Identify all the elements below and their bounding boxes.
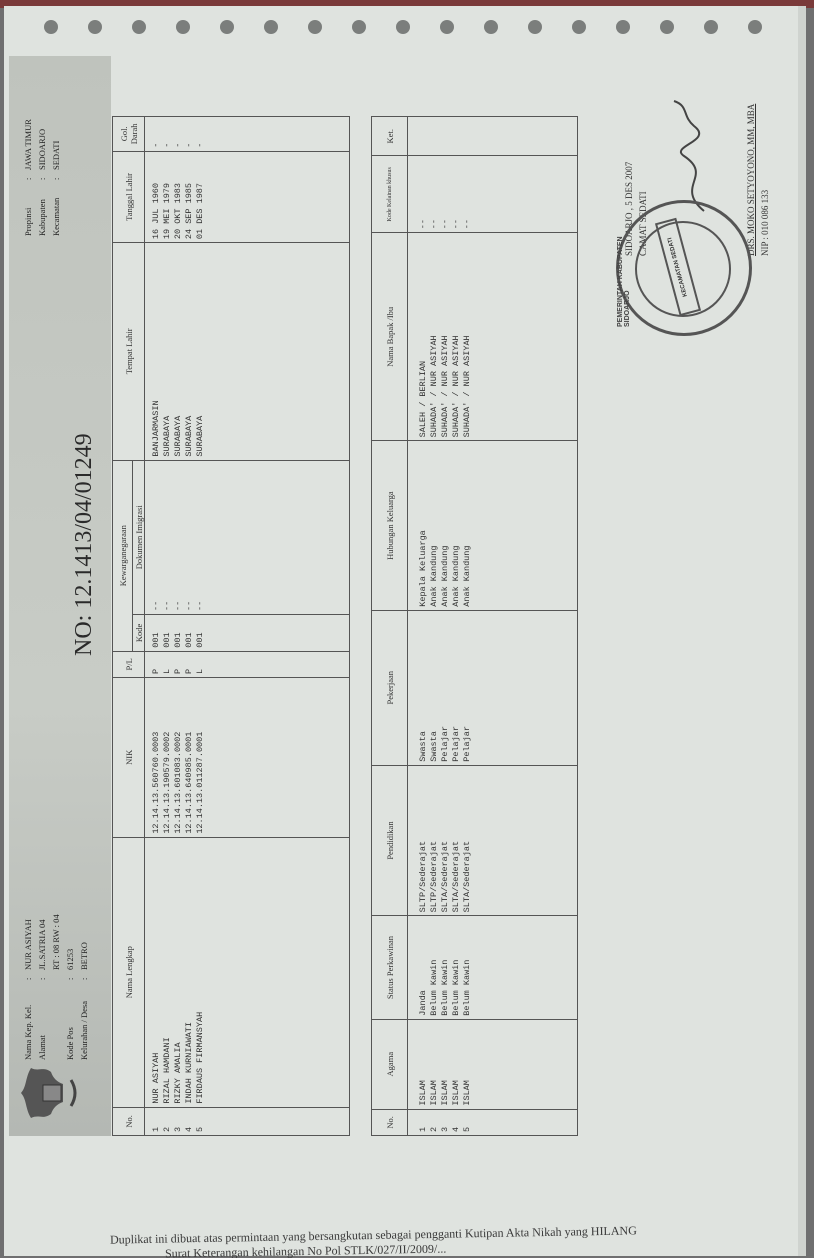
col-hubungan: Hubungan Keluarga	[372, 441, 408, 610]
info-row: Alamat:JL.SATRIA 04	[35, 914, 49, 1060]
table-value: 4	[451, 1113, 462, 1132]
info-label: Kecamatan	[49, 180, 63, 236]
cell-ket	[408, 117, 578, 156]
table-value: 19 MEI 1979	[162, 155, 173, 239]
info-label: Kelurahan / Desa	[77, 980, 91, 1060]
info-label: Alamat	[35, 980, 49, 1060]
table-value: --	[429, 159, 440, 229]
info-label: Kode Pos	[63, 980, 77, 1060]
signatory-nip: NIP : 010 086 133	[760, 190, 770, 256]
table-value: 001	[173, 618, 184, 648]
punch-hole	[704, 20, 718, 34]
table-value: Anak Kandung	[429, 444, 440, 606]
table-value: 001	[151, 618, 162, 648]
info-separator: :	[49, 170, 63, 180]
col-ket: Ket.	[372, 117, 408, 156]
cell-pendidikan: SLTP/SederajatSLTP/SederajatSLTA/Sederaj…	[408, 765, 578, 916]
table-value: Anak Kandung	[451, 444, 462, 606]
table-value: -	[151, 120, 162, 148]
table-value: SUHADA' / NUR ASIYAH	[462, 236, 473, 437]
cell-status: JandaBelum KawinBelum KawinBelum KawinBe…	[408, 916, 578, 1019]
table-value: SUHADA' / NUR ASIYAH	[440, 236, 451, 437]
table-value: SUHADA' / NUR ASIYAH	[451, 236, 462, 437]
punch-hole	[660, 20, 674, 34]
table-value: 01 DES 1987	[195, 155, 206, 239]
col-no: No.	[113, 1107, 145, 1135]
col-tempat: Tempat Lahir	[113, 243, 145, 460]
table-value: Belum Kawin	[462, 919, 473, 1015]
table-value: SURABAYA	[184, 246, 195, 456]
table-value: --	[151, 464, 162, 611]
info-separator: :	[63, 970, 77, 980]
punch-hole	[264, 20, 278, 34]
info-row: Kabupaten:SIDOARJO	[35, 119, 49, 236]
info-value: SEDATI	[49, 141, 63, 170]
table-value: -	[184, 120, 195, 148]
cell-agama: ISLAMISLAMISLAMISLAMISLAM	[408, 1019, 578, 1109]
table-value: ISLAM	[462, 1023, 473, 1106]
table-value: 3	[440, 1113, 451, 1132]
col-orangtua: Nama Bapak /Ibu	[372, 233, 408, 441]
table-value: SURABAYA	[162, 246, 173, 456]
info-value: JL.SATRIA 04	[35, 919, 49, 970]
col-tanggal: Tanggal Lahir	[113, 151, 145, 242]
cell-orangtua: SALEH / BERLIANSUHADA' / NUR ASIYAHSUHAD…	[408, 233, 578, 441]
table-value: 3	[173, 1111, 184, 1132]
punch-hole	[132, 20, 146, 34]
cell-no: 12345	[145, 1107, 350, 1135]
col-kode-kelainan: Kode Kelainan khusus	[372, 156, 408, 233]
info-row: Kecamatan:SEDATI	[49, 119, 63, 236]
table-value: SLTA/Sederajat	[451, 769, 462, 913]
table-value: Pelajar	[440, 614, 451, 762]
punch-hole	[44, 20, 58, 34]
table-value: -	[195, 120, 206, 148]
table-value: RIZAL HAMDANI	[162, 841, 173, 1104]
punch-holes	[4, 6, 806, 46]
col-nama: Nama Lengkap	[113, 837, 145, 1107]
punch-hole	[484, 20, 498, 34]
table-value: 1	[151, 1111, 162, 1132]
card-number: NO: 12.1413/04/01249	[71, 433, 98, 656]
punch-hole	[396, 20, 410, 34]
col-pendidikan: Pendidikan	[372, 765, 408, 916]
punch-hole	[572, 20, 586, 34]
table-value: Kepala Keluarga	[418, 444, 429, 606]
info-row: RT : 08 RW : 04	[49, 914, 63, 1060]
table-value: P	[151, 655, 162, 674]
table-value: Janda	[418, 919, 429, 1015]
table-value: SURABAYA	[173, 246, 184, 456]
paper-bottom-strip	[798, 6, 806, 1256]
cell-hubungan: Kepala KeluargaAnak KandungAnak KandungA…	[408, 441, 578, 610]
table-value: 12.14.13.601083.0002	[173, 681, 184, 834]
table-value: 001	[184, 618, 195, 648]
stamp-ring-text: PEMERINTAH KABUPATEN SIDOARJO	[617, 203, 631, 327]
punch-hole	[88, 20, 102, 34]
cell-dokumen: ----------	[145, 460, 350, 614]
document-header: Nama Kep. Kel.:NUR ASIYAHAlamat:JL.SATRI…	[9, 56, 111, 1136]
table-value: ISLAM	[440, 1023, 451, 1106]
info-separator: :	[21, 170, 35, 180]
punch-hole	[176, 20, 190, 34]
table-value: 12.14.13.560760.0003	[151, 681, 162, 834]
table-value: Anak Kandung	[440, 444, 451, 606]
rotated-document: Nama Kep. Kel.:NUR ASIYAHAlamat:JL.SATRI…	[0, 0, 814, 1258]
table-value: 12.14.13.190579.0002	[162, 681, 173, 834]
table-value: SLTA/Sederajat	[440, 769, 451, 913]
table-value: -	[162, 120, 173, 148]
info-label: Kabupaten	[35, 180, 49, 236]
table-value: --	[195, 464, 206, 611]
table-value: Pelajar	[451, 614, 462, 762]
table-value: 12.14.13.011287.0001	[195, 681, 206, 834]
info-separator	[49, 970, 63, 980]
table-value: 001	[195, 618, 206, 648]
table-value: Swasta	[429, 614, 440, 762]
cell-pl: PLPPL	[145, 651, 350, 677]
signatory-name: DRS. MOKO SETYOYONO, MM, MBA	[746, 104, 756, 256]
table-value: --	[418, 159, 429, 229]
col-kewarganegaraan: Kewarganegaraan	[113, 460, 133, 651]
table-value: --	[462, 159, 473, 229]
table-value: 4	[184, 1111, 195, 1132]
info-value: NUR ASIYAH	[21, 919, 35, 970]
col-status: Status Perkawinan	[372, 916, 408, 1019]
table-row: 12345ISLAMISLAMISLAMISLAMISLAMJandaBelum…	[408, 117, 578, 1136]
table-value: 16 JUL 1960	[151, 155, 162, 239]
punch-hole	[220, 20, 234, 34]
official-stamp: KECAMATAN SEDATI PEMERINTAH KABUPATEN SI…	[616, 200, 752, 336]
table-value: SLTP/Sederajat	[429, 769, 440, 913]
table-value: FIRDAUS FIRMANSYAH	[195, 841, 206, 1104]
table-value: P	[184, 655, 195, 674]
table-value: 5	[195, 1111, 206, 1132]
info-row: Kode Pos:61253	[63, 914, 77, 1060]
cell-kode_kelainan: ----------	[408, 156, 578, 233]
table-value: ISLAM	[451, 1023, 462, 1106]
table-value: 20 OKT 1983	[173, 155, 184, 239]
table-value: ISLAM	[418, 1023, 429, 1106]
col-pekerjaan: Pekerjaan	[372, 610, 408, 765]
region-info: Propinsi:JAWA TIMURKabupaten:SIDOARJOKec…	[21, 119, 63, 236]
punch-hole	[440, 20, 454, 34]
cell-pekerjaan: SwastaSwastaPelajarPelajarPelajar	[408, 610, 578, 765]
table-value: SALEH / BERLIAN	[418, 236, 429, 437]
col-kode: Kode	[133, 614, 145, 651]
info-value: SIDOARJO	[35, 129, 49, 170]
cell-no: 12345	[408, 1109, 578, 1135]
cell-nik: 12.14.13.560760.000312.14.13.190579.0002…	[145, 678, 350, 838]
members-detail-table: No. Agama Status Perkawinan Pendidikan P…	[371, 116, 578, 1136]
table-value: INDAH KURNIAWATI	[184, 841, 195, 1104]
info-label: Nama Kep. Kel.	[21, 980, 35, 1060]
table-value: 5	[462, 1113, 473, 1132]
table-value: Belum Kawin	[429, 919, 440, 1015]
punch-hole	[616, 20, 630, 34]
info-label	[49, 980, 63, 1060]
table-value: 1	[418, 1113, 429, 1132]
table-value: --	[184, 464, 195, 611]
table-value: Pelajar	[462, 614, 473, 762]
info-row: Nama Kep. Kel.:NUR ASIYAH	[21, 914, 35, 1060]
table-value: --	[162, 464, 173, 611]
info-separator: :	[77, 970, 91, 980]
members-identity-table: No. Nama Lengkap NIK P/L Kewarganegaraan…	[112, 116, 350, 1136]
table-value: SURABAYA	[195, 246, 206, 456]
table-value: -	[173, 120, 184, 148]
table-value: 001	[162, 618, 173, 648]
col-pl: P/L	[113, 651, 145, 677]
table-value: Belum Kawin	[440, 919, 451, 1015]
table-value: SLTP/Sederajat	[418, 769, 429, 913]
info-label: Propinsi	[21, 180, 35, 236]
table-value: --	[440, 159, 451, 229]
table-value: NUR ASIYAH	[151, 841, 162, 1104]
punch-hole	[748, 20, 762, 34]
col-no: No.	[372, 1109, 408, 1135]
table-value: 12.14.13.640985.0001	[184, 681, 195, 834]
info-value: JAWA TIMUR	[21, 119, 35, 170]
cell-gol: -----	[145, 117, 350, 152]
col-gol: Gol. Darah	[113, 117, 145, 152]
info-row: Propinsi:JAWA TIMUR	[21, 119, 35, 236]
table-value: SUHADA' / NUR ASIYAH	[429, 236, 440, 437]
punch-hole	[308, 20, 322, 34]
punch-hole	[352, 20, 366, 34]
info-value: 61253	[63, 949, 77, 970]
garuda-emblem-icon	[13, 1058, 83, 1128]
table-value: P	[173, 655, 184, 674]
table-value: ISLAM	[429, 1023, 440, 1106]
cell-tanggal: 16 JUL 196019 MEI 197920 OKT 198324 SEP …	[145, 151, 350, 242]
table-value: 2	[162, 1111, 173, 1132]
table-value: --	[451, 159, 462, 229]
table-value: L	[195, 655, 206, 674]
info-value: RT : 08 RW : 04	[49, 914, 63, 970]
table-value: RIZKY AMALIA	[173, 841, 184, 1104]
table-value: BANJARMASIN	[151, 246, 162, 456]
info-value: BETRO	[77, 942, 91, 970]
table-value: SLTA/Sederajat	[462, 769, 473, 913]
col-agama: Agama	[372, 1019, 408, 1109]
info-row: Kelurahan / Desa:BETRO	[77, 914, 91, 1060]
table-value: L	[162, 655, 173, 674]
signature-scribble-icon	[654, 96, 724, 216]
cell-nama: NUR ASIYAHRIZAL HAMDANIRIZKY AMALIAINDAH…	[145, 837, 350, 1107]
info-separator: :	[21, 970, 35, 980]
table-value: --	[173, 464, 184, 611]
table-value: Anak Kandung	[462, 444, 473, 606]
cell-kode: 001001001001001	[145, 614, 350, 651]
family-card-paper: Nama Kep. Kel.:NUR ASIYAHAlamat:JL.SATRI…	[4, 6, 806, 1256]
table-value: Belum Kawin	[451, 919, 462, 1015]
table-value: 24 SEP 1985	[184, 155, 195, 239]
info-separator: :	[35, 970, 49, 980]
table-value: 2	[429, 1113, 440, 1132]
col-dokumen: Dokumen Imigrasi	[133, 460, 145, 614]
table-value: Swasta	[418, 614, 429, 762]
col-nik: NIK	[113, 678, 145, 838]
punch-hole	[528, 20, 542, 34]
info-separator: :	[35, 170, 49, 180]
cell-tempat: BANJARMASINSURABAYASURABAYASURABAYASURAB…	[145, 243, 350, 460]
household-info: Nama Kep. Kel.:NUR ASIYAHAlamat:JL.SATRI…	[21, 914, 91, 1060]
table-row: 12345NUR ASIYAHRIZAL HAMDANIRIZKY AMALIA…	[145, 117, 350, 1136]
